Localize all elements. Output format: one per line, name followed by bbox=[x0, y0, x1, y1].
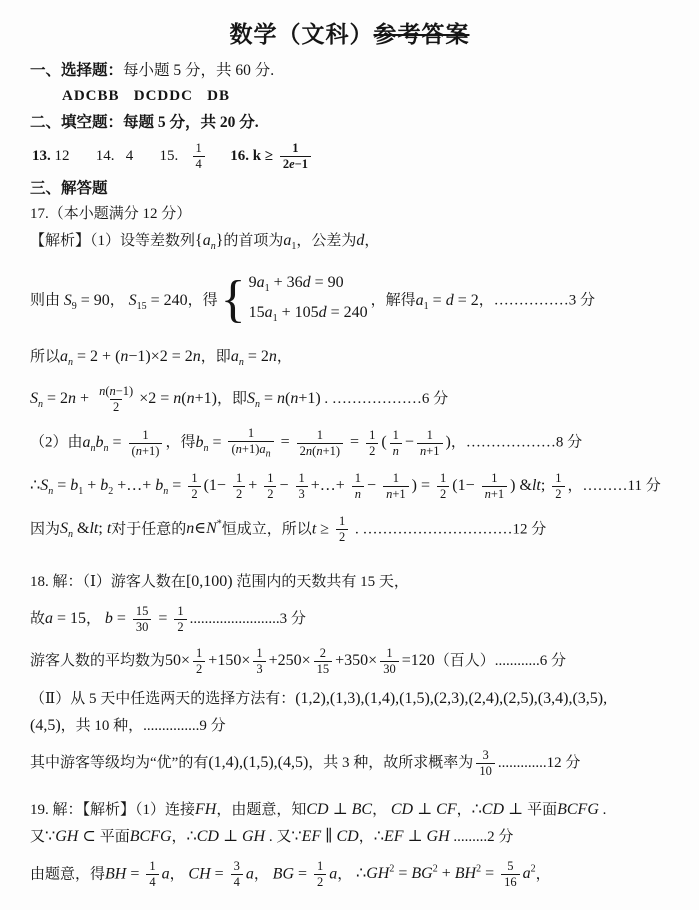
fraction-denominator: 2 bbox=[366, 443, 378, 459]
math-run: +150× bbox=[208, 652, 250, 669]
math-run: a bbox=[246, 865, 254, 882]
q18-line-5: (4,5)，共 10 种，...............9 分 bbox=[30, 714, 669, 738]
text-run: 18. 解：（Ⅰ）游客人数在 bbox=[30, 574, 186, 590]
math-run: (1,2),(1,3),(1,4),(1,5),(2,3),(2,4),(2,5… bbox=[295, 690, 607, 707]
text-run: ，………11 分 bbox=[568, 478, 661, 494]
fraction: 14 bbox=[146, 859, 158, 890]
fraction-denominator: 30 bbox=[133, 619, 152, 635]
q19-line-1: 19. 解：【解析】（1）连接FH，由题意，知CD ⊥ BC， CD ⊥ CF，… bbox=[30, 798, 669, 822]
math-run: (1,4),(1,5),(4,5) bbox=[208, 754, 308, 771]
fraction-numerator: 1 bbox=[314, 859, 326, 874]
choice-answers: ADCBB DCDDC DB bbox=[30, 85, 669, 108]
section-fill-label: 二、 bbox=[30, 114, 61, 131]
math-run: ∴EF ⊥ GH bbox=[374, 828, 450, 845]
fraction-numerator: 1 bbox=[245, 426, 257, 441]
fraction-numerator: 1 bbox=[314, 428, 326, 443]
fraction-denominator: 2 bbox=[188, 486, 200, 502]
math-run: ×2 = n(n+1) bbox=[139, 390, 217, 407]
fraction-numerator: 1 bbox=[352, 471, 364, 486]
q17-line-7: 因为Sn &lt; t对于任意的n∈N*恒成立，所以t ≥ 12 . ……………… bbox=[30, 513, 669, 547]
bold-text-run: 16. k ≥ bbox=[230, 148, 277, 164]
math-run: +250× bbox=[269, 652, 311, 669]
fraction: 12 bbox=[336, 514, 348, 545]
math-run: CD ⊥ CF bbox=[391, 801, 457, 818]
text-run: . ………………6 分 bbox=[321, 391, 449, 407]
fraction: 12 bbox=[188, 471, 200, 502]
text-run: ， bbox=[364, 233, 379, 249]
q18-line-4: （Ⅱ）从 5 天中任选两天的选择方法有：(1,2),(1,3),(1,4),(1… bbox=[30, 687, 669, 711]
text-run: 又 bbox=[30, 829, 45, 845]
text-run: （百人）............6 分 bbox=[435, 653, 566, 669]
fraction-denominator: 2e−1 bbox=[280, 156, 311, 172]
text-run: 因为 bbox=[30, 521, 60, 537]
fraction-denominator: 2 bbox=[233, 486, 245, 502]
fraction-denominator: 2 bbox=[314, 874, 326, 890]
equation-row: 9a1 + 36d = 90 bbox=[249, 271, 368, 301]
text-run: 由题意，得 bbox=[30, 866, 105, 882]
text-run: ，共 10 种，...............9 分 bbox=[61, 718, 226, 734]
math-run: ∵EF ∥ CD bbox=[291, 828, 358, 845]
math-run: ( bbox=[381, 434, 386, 451]
math-run: ∴CD ⊥ GH bbox=[187, 828, 266, 845]
text-run: . 又 bbox=[265, 829, 291, 845]
fraction-numerator: 1 bbox=[296, 471, 308, 486]
fraction: 1n+1 bbox=[383, 471, 409, 502]
text-run: ， bbox=[337, 866, 356, 882]
fraction-denominator: n bbox=[390, 443, 402, 459]
section-jieda-heading: 三、解答题 bbox=[30, 177, 669, 200]
math-run: S15 = 240 bbox=[129, 292, 188, 309]
fraction-denominator: 2 bbox=[110, 399, 122, 415]
q17-line-4: Sn = 2n + n(n−1)2×2 = n(n+1)，即Sn = n(n+1… bbox=[30, 383, 669, 416]
fraction-numerator: 3 bbox=[479, 748, 491, 763]
fraction-numerator: 1 bbox=[264, 471, 276, 486]
math-run: bn = bbox=[195, 434, 225, 451]
text-run: ， bbox=[254, 866, 273, 882]
math-run: Sn &lt; t bbox=[60, 520, 111, 537]
fraction-denominator: n bbox=[352, 486, 364, 502]
fraction: 1n bbox=[352, 471, 364, 502]
section-choice-title: 选择题： bbox=[61, 62, 123, 79]
fraction-numerator: 1 bbox=[193, 646, 205, 661]
fraction-denominator: (n+1) bbox=[129, 443, 163, 459]
text-run: 其中游客等级均为“优”的有 bbox=[30, 755, 208, 771]
fraction: 1n bbox=[390, 428, 402, 459]
text-run: ，由题意，知 bbox=[216, 802, 306, 818]
text-run: ， bbox=[536, 866, 551, 882]
equation-row: 15a1 + 105d = 240 bbox=[249, 301, 368, 331]
fraction: 14 bbox=[193, 141, 205, 172]
section-fill-title: 填空题：每题 5 分，共 20 分. bbox=[61, 114, 259, 131]
math-run: t ≥ bbox=[312, 520, 333, 537]
fraction: 310 bbox=[476, 748, 495, 779]
text-run: ，……………3 分 bbox=[479, 293, 595, 309]
fraction-numerator: 1 bbox=[424, 428, 436, 443]
fraction: 215 bbox=[314, 646, 333, 677]
fraction: 12 bbox=[366, 428, 378, 459]
text-run: ， bbox=[110, 293, 129, 309]
q17-intro: 17.（本小题满分 12 分） bbox=[30, 203, 669, 226]
fraction: 1530 bbox=[133, 604, 152, 635]
fraction: 12 bbox=[437, 471, 449, 502]
fill-answers-line: 13. 12 14. 4 15. 14 16. k ≥ 12e−1 bbox=[32, 140, 669, 173]
math-run: +…+ bbox=[311, 477, 349, 494]
fraction-denominator: 15 bbox=[314, 661, 333, 677]
page-title-struck: 参考答案 bbox=[374, 22, 470, 47]
page-title-main: 数学（文科） bbox=[230, 22, 374, 47]
left-brace-icon: { bbox=[221, 278, 246, 322]
math-run: 50× bbox=[165, 652, 190, 669]
math-run: = bbox=[277, 434, 294, 451]
section-choice-desc: 每小题 5 分，共 60 分. bbox=[123, 62, 274, 79]
text-run: ，公差为 bbox=[296, 233, 356, 249]
fraction-denominator: 2 bbox=[336, 529, 348, 545]
math-run: ∴Sn = b1 + b2 +…+ bn = bbox=[30, 477, 185, 494]
math-run: an = 2n bbox=[231, 348, 277, 365]
fraction-numerator: 1 bbox=[289, 141, 301, 156]
text-run: . …………………………12 分 bbox=[351, 521, 546, 537]
q17-line-6: ∴Sn = b1 + b2 +…+ bn = 12(1− 12+ 12− 13+… bbox=[30, 470, 669, 503]
fraction-numerator: 1 bbox=[390, 428, 402, 443]
fraction: 1(n+1) bbox=[129, 428, 163, 459]
math-run: anbn = bbox=[83, 434, 126, 451]
text-run: ，即 bbox=[201, 349, 231, 365]
text-run: ........................3 分 bbox=[190, 611, 306, 627]
fraction: 12 bbox=[233, 471, 245, 502]
text-run: ， bbox=[372, 802, 391, 818]
math-run: Sn = n(n+1) bbox=[247, 390, 321, 407]
fraction-denominator: 2n(n+1) bbox=[297, 443, 343, 459]
fraction-numerator: 1 bbox=[366, 428, 378, 443]
math-run: (4,5) bbox=[30, 717, 61, 734]
fraction: 516 bbox=[501, 859, 520, 890]
fraction: 12 bbox=[552, 471, 564, 502]
text-run: ， bbox=[172, 829, 187, 845]
text-run: 平面 bbox=[100, 829, 130, 845]
text-run: ，解得 bbox=[371, 293, 416, 309]
math-run: a bbox=[162, 865, 170, 882]
section-fill-heading: 二、填空题：每题 5 分，共 20 分. bbox=[30, 111, 669, 134]
math-run: ) &lt; bbox=[510, 477, 549, 494]
fraction-numerator: 3 bbox=[231, 859, 243, 874]
text-run: 15. bbox=[160, 148, 190, 164]
fraction-numerator: n(n−1) bbox=[96, 384, 136, 399]
fraction-denominator: 4 bbox=[193, 156, 205, 172]
fraction-denominator: 2 bbox=[264, 486, 276, 502]
math-run: ∵GH ⊂ bbox=[45, 828, 100, 845]
fraction: 12 bbox=[193, 646, 205, 677]
math-run: n∈N* bbox=[186, 520, 222, 537]
section-choice-heading: 一、选择题：每小题 5 分，共 60 分. bbox=[30, 59, 669, 82]
math-run: a2 bbox=[523, 865, 536, 882]
math-run: (1− bbox=[204, 477, 230, 494]
fraction-numerator: 1 bbox=[488, 471, 500, 486]
text-run: 【解析】（1）设等差数列 bbox=[30, 233, 195, 249]
math-run: − bbox=[367, 477, 380, 494]
fraction-numerator: 1 bbox=[383, 646, 395, 661]
fraction: 12e−1 bbox=[280, 141, 311, 172]
math-run: = bbox=[154, 610, 171, 627]
math-run: − bbox=[279, 477, 292, 494]
text-run: .............12 分 bbox=[498, 755, 581, 771]
text-run: ， bbox=[457, 802, 472, 818]
math-run: [0,100) bbox=[186, 573, 233, 590]
text-run: 所以 bbox=[30, 349, 60, 365]
fraction-numerator: 1 bbox=[437, 471, 449, 486]
q18-line-6: 其中游客等级均为“优”的有(1,4),(1,5),(4,5)，共 3 种，故所求… bbox=[30, 747, 669, 780]
text-run: ，共 3 种，故所求概率为 bbox=[308, 755, 473, 771]
fraction-numerator: 1 bbox=[552, 471, 564, 486]
text-run: 对于任意的 bbox=[111, 521, 186, 537]
q19-line-2: 又∵GH ⊂ 平面BCFG，∴CD ⊥ GH . 又∵EF ∥ CD，∴EF ⊥… bbox=[30, 825, 669, 849]
fraction: 130 bbox=[380, 646, 399, 677]
q19-line-3: 由题意，得BH = 14a， CH = 34a， BG = 12a， ∴GH2 … bbox=[30, 858, 669, 891]
text-run: 19. 解：【解析】（1）连接 bbox=[30, 802, 195, 818]
text-run: 游客人数的平均数为 bbox=[30, 653, 165, 669]
fraction-numerator: 1 bbox=[146, 859, 158, 874]
text-run: ，………………8 分 bbox=[451, 435, 582, 451]
math-run: S9 = 90 bbox=[64, 292, 110, 309]
text-run: ， bbox=[170, 866, 189, 882]
fraction-numerator: 1 bbox=[253, 646, 265, 661]
fraction-denominator: n+1 bbox=[383, 486, 409, 502]
math-run: +350× bbox=[335, 652, 377, 669]
fraction: 1n+1 bbox=[417, 428, 443, 459]
fraction: 12 bbox=[314, 859, 326, 890]
math-run: + bbox=[248, 477, 261, 494]
text-run: 恒成立，所以 bbox=[222, 521, 312, 537]
text-run: 范围内的天数共有 15 天， bbox=[233, 574, 409, 590]
q17-line-3: 所以an = 2 + (n−1)×2 = 2n，即an = 2n， bbox=[30, 345, 669, 374]
text-run: 故 bbox=[30, 611, 45, 627]
text-run: ， bbox=[359, 829, 374, 845]
fraction-denominator: 4 bbox=[146, 874, 158, 890]
math-run: CD ⊥ BC bbox=[306, 801, 372, 818]
math-run: ∴GH2 = BG2 + BH2 = bbox=[356, 865, 498, 882]
fraction-numerator: 5 bbox=[504, 859, 516, 874]
q18-line-1: 18. 解：（Ⅰ）游客人数在[0,100) 范围内的天数共有 15 天， bbox=[30, 570, 669, 594]
text-run bbox=[208, 148, 231, 164]
q17-line-5: （2）由anbn = 1(n+1)，得bn = 1(n+1)an = 12n(n… bbox=[30, 425, 669, 462]
fraction: 1(n+1)an bbox=[228, 426, 273, 461]
text-run: （Ⅱ）从 5 天中任选两天的选择方法有： bbox=[30, 691, 295, 707]
fraction: 12 bbox=[264, 471, 276, 502]
text-run: . bbox=[599, 802, 607, 818]
fraction-denominator: 3 bbox=[296, 486, 308, 502]
page-title: 数学（文科）参考答案 bbox=[30, 16, 669, 49]
text-run: 12 bbox=[51, 148, 96, 164]
math-run: BCFG bbox=[557, 801, 599, 818]
math-run: a = 15 bbox=[45, 610, 86, 627]
exam-answer-page: 数学（文科）参考答案 一、选择题：每小题 5 分，共 60 分. ADCBB D… bbox=[0, 0, 699, 910]
math-run: Sn = 2n + bbox=[30, 390, 93, 407]
math-run: FH bbox=[195, 801, 216, 818]
math-run: CH = bbox=[188, 865, 227, 882]
fraction-denominator: 10 bbox=[476, 763, 495, 779]
text-run: ，得 bbox=[188, 293, 218, 309]
section-choice-label: 一、 bbox=[30, 62, 61, 79]
fraction: n(n−1)2 bbox=[96, 384, 136, 415]
fraction-denominator: n+1 bbox=[417, 443, 443, 459]
math-run: a1 = d = 2 bbox=[416, 292, 479, 309]
math-run: ∴CD ⊥ bbox=[472, 801, 527, 818]
text-run: 则由 bbox=[30, 293, 64, 309]
math-run: a1 bbox=[283, 232, 296, 249]
fraction-denominator: 16 bbox=[501, 874, 520, 890]
fraction: 13 bbox=[296, 471, 308, 502]
bold-text-run: 13. bbox=[32, 148, 51, 164]
q18-line-3: 游客人数的平均数为50×12+150×13+250×215+350×130=12… bbox=[30, 645, 669, 678]
fraction-numerator: 15 bbox=[133, 604, 152, 619]
text-run: ， bbox=[277, 349, 292, 365]
math-run: BG = bbox=[273, 865, 311, 882]
fraction-numerator: 1 bbox=[139, 428, 151, 443]
fraction-numerator: 1 bbox=[174, 604, 186, 619]
math-run: (1− bbox=[452, 477, 478, 494]
text-run: ，得 bbox=[165, 435, 195, 451]
fraction: 12n(n+1) bbox=[297, 428, 343, 459]
fraction-denominator: 30 bbox=[380, 661, 399, 677]
text-run: ，即 bbox=[217, 391, 247, 407]
text-run: （2）由 bbox=[30, 435, 83, 451]
math-run: {an} bbox=[195, 232, 223, 249]
text-run: 的首项为 bbox=[223, 233, 283, 249]
text-run: ， bbox=[86, 611, 105, 627]
fraction-denominator: 2 bbox=[552, 486, 564, 502]
math-run: an = 2 + (n−1)×2 = 2n bbox=[60, 348, 201, 365]
fraction-denominator: 4 bbox=[231, 874, 243, 890]
fraction: 12 bbox=[174, 604, 186, 635]
math-run: = bbox=[346, 434, 363, 451]
math-run: BCFG bbox=[130, 828, 172, 845]
math-run: ) = bbox=[412, 477, 434, 494]
math-run: =120 bbox=[402, 652, 435, 669]
fraction: 34 bbox=[231, 859, 243, 890]
fraction-denominator: 2 bbox=[193, 661, 205, 677]
fraction-denominator: (n+1)an bbox=[228, 441, 273, 461]
q17-line-1: 【解析】（1）设等差数列{an}的首项为a1，公差为d， bbox=[30, 229, 669, 258]
fraction-numerator: 1 bbox=[233, 471, 245, 486]
fraction-numerator: 1 bbox=[390, 471, 402, 486]
math-run: − bbox=[405, 434, 414, 451]
math-run: b = bbox=[105, 610, 130, 627]
text-run: .........2 分 bbox=[450, 829, 514, 845]
equation-system: {9a1 + 36d = 9015a1 + 105d = 240 bbox=[221, 271, 368, 331]
text-run: 14. 4 bbox=[96, 148, 160, 164]
math-run: BH = bbox=[105, 865, 143, 882]
fraction-denominator: 3 bbox=[253, 661, 265, 677]
q17-line-2: 则由 S9 = 90， S15 = 240，得{9a1 + 36d = 9015… bbox=[30, 271, 669, 331]
fraction-numerator: 1 bbox=[188, 471, 200, 486]
fraction-denominator: 2 bbox=[174, 619, 186, 635]
text-run: 平面 bbox=[527, 802, 557, 818]
fraction-denominator: n+1 bbox=[482, 486, 508, 502]
fraction-denominator: 2 bbox=[437, 486, 449, 502]
q18-line-2: 故a = 15， b = 1530 = 12..................… bbox=[30, 603, 669, 636]
fraction-numerator: 2 bbox=[317, 646, 329, 661]
fraction: 13 bbox=[253, 646, 265, 677]
fraction-numerator: 1 bbox=[193, 141, 205, 156]
fraction-numerator: 1 bbox=[336, 514, 348, 529]
fraction: 1n+1 bbox=[482, 471, 508, 502]
